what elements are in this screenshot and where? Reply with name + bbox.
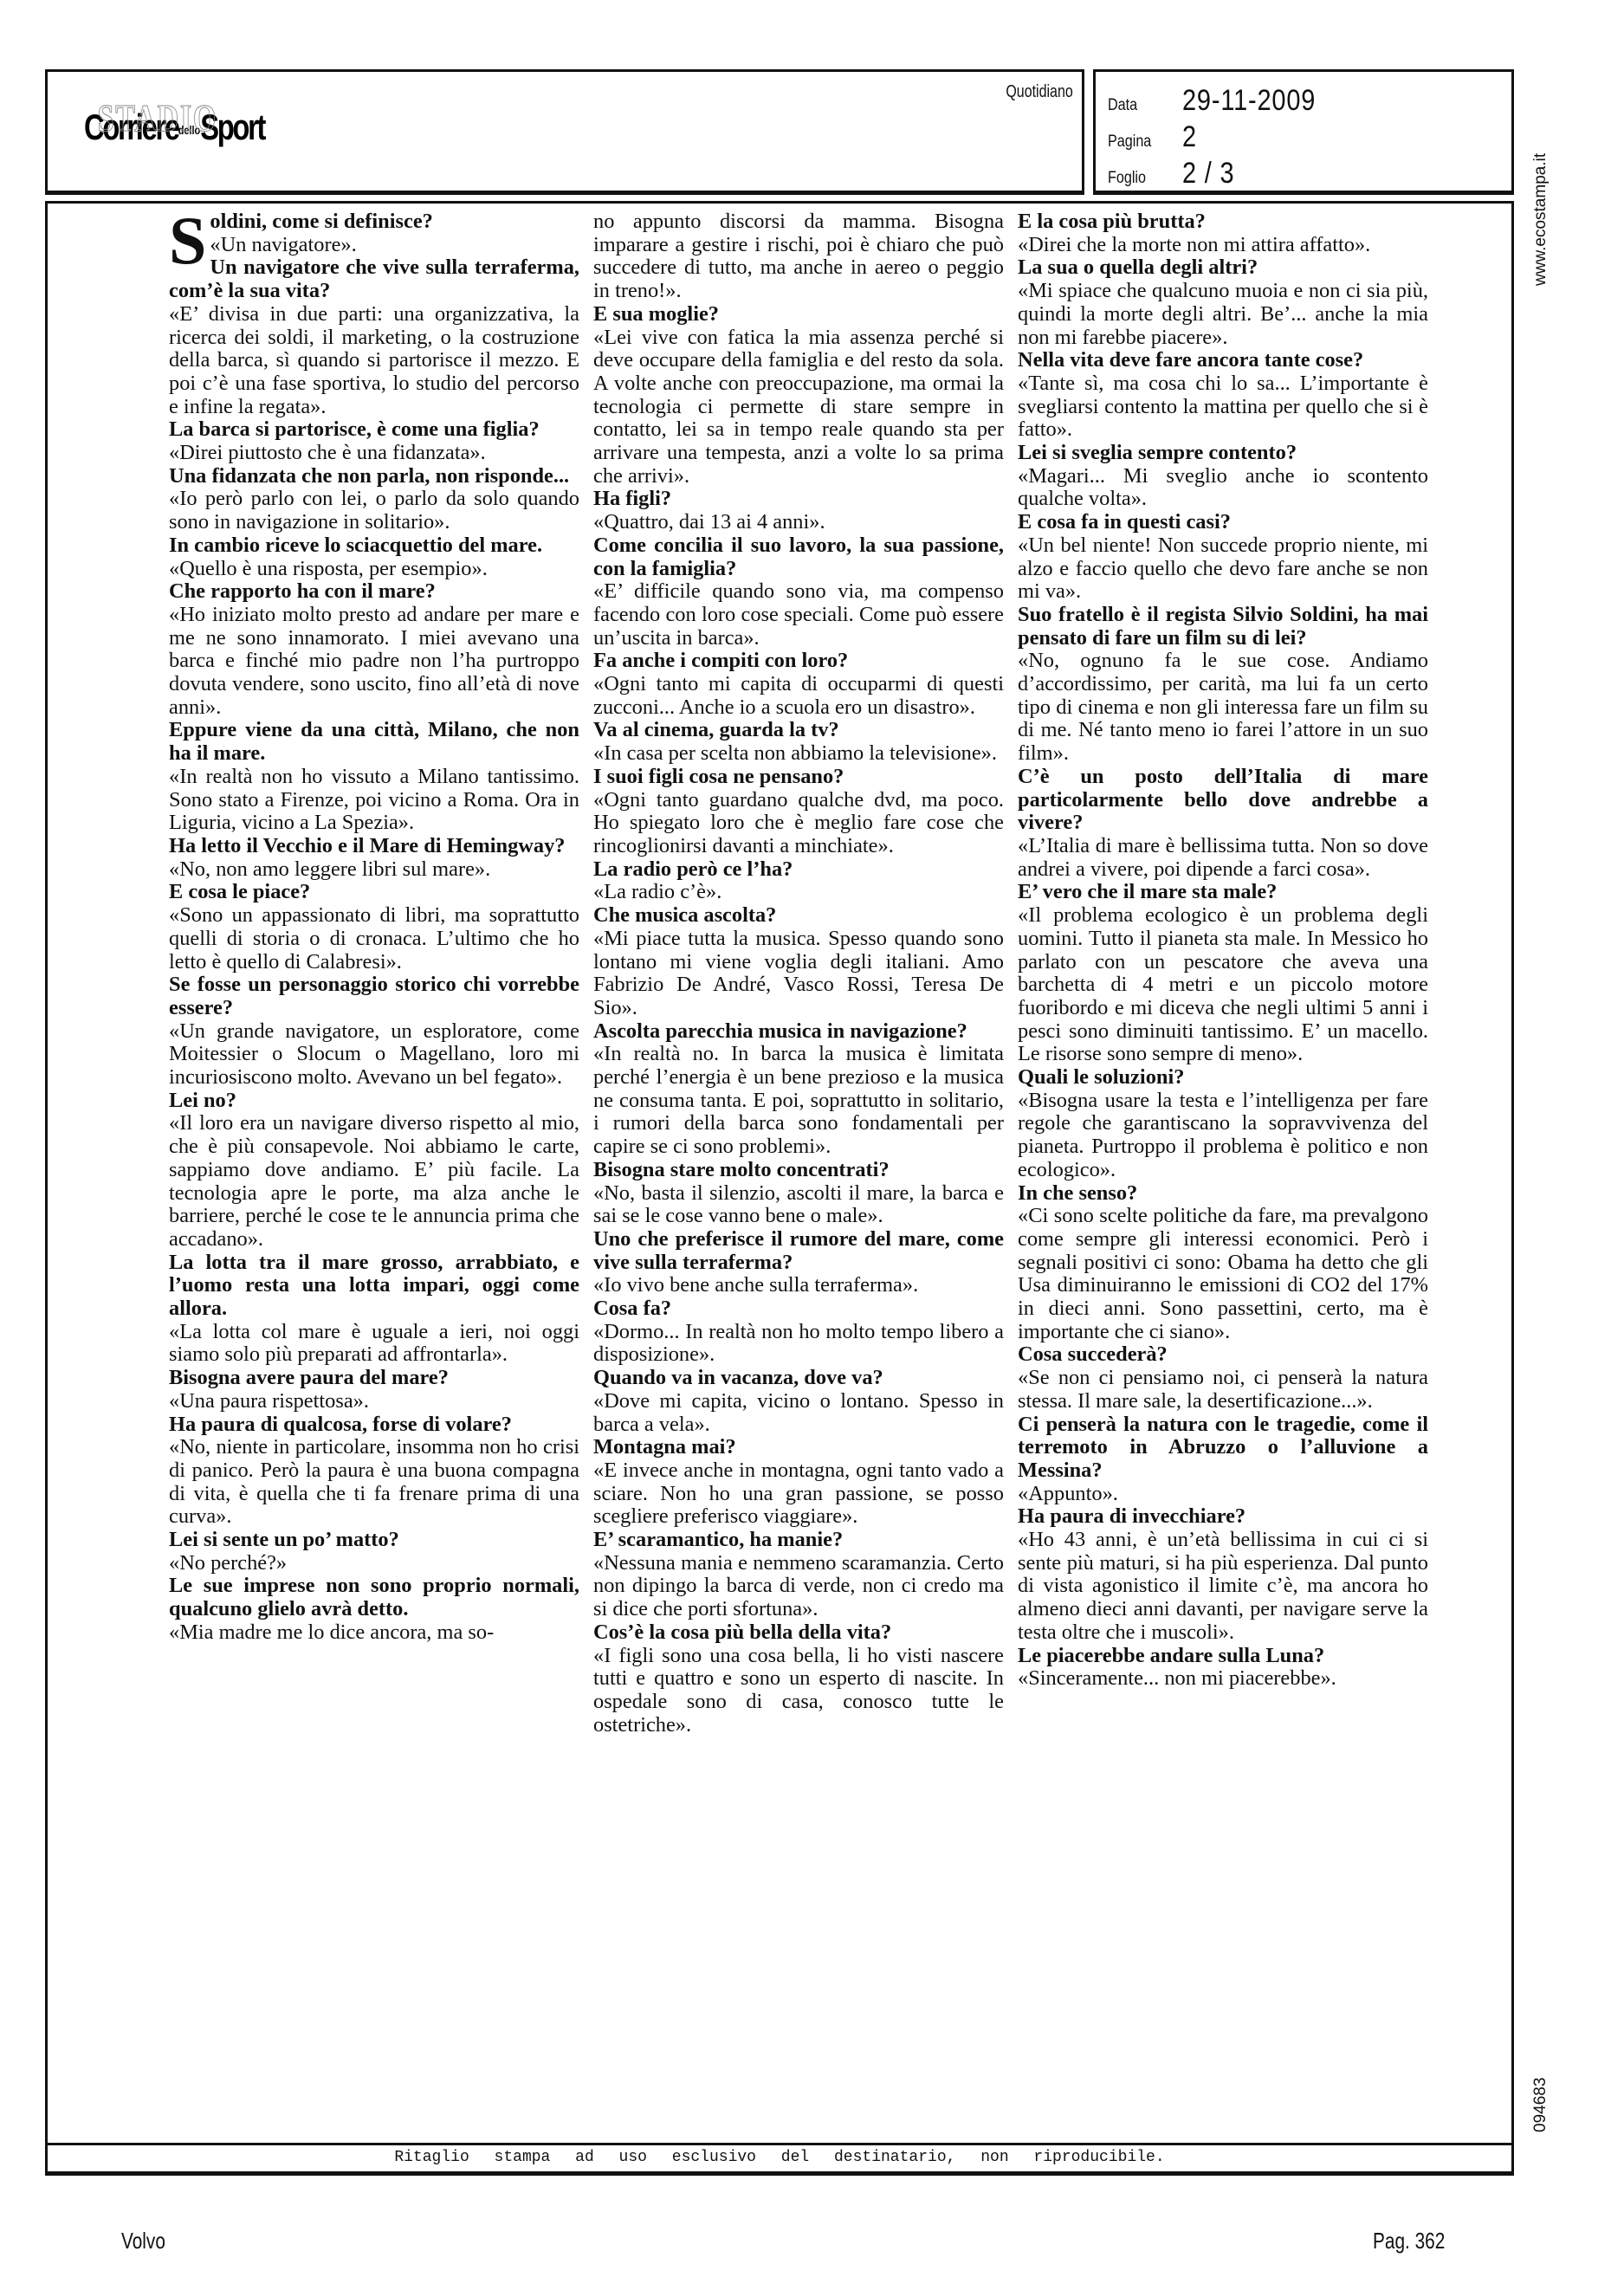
side-code: 094683 [1531, 2078, 1550, 2132]
interview-question: Montagna mai? [593, 1436, 1004, 1459]
interview-question: Quali le soluzioni? [1018, 1066, 1428, 1090]
interview-question: Eppure viene da una città, Milano, che n… [169, 719, 579, 765]
interview-answer: «Direi che la morte non mi attira affatt… [1018, 234, 1428, 257]
sheet-row: Foglio 2 / 3 [1108, 157, 1244, 191]
interview-answer: «La lotta col mare è uguale a ieri, noi … [169, 1321, 579, 1367]
interview-answer: «In realtà no. In barca la musica è limi… [593, 1043, 1004, 1159]
interview-question: Suo fratello è il regista Silvio Soldini… [1018, 604, 1428, 650]
interview-answer: «Un bel niente! Non succede proprio nien… [1018, 534, 1428, 604]
interview-answer: «Ho 43 anni, è un’età bellissima in cui … [1018, 1529, 1428, 1645]
interview-question: Ha paura di qualcosa, forse di volare? [169, 1413, 579, 1437]
interview-question: Ci penserà la natura con le tragedie, co… [1018, 1413, 1428, 1483]
sheet-value: 2 / 3 [1182, 157, 1234, 191]
interview-answer: «Magari... Mi sveglio anche io scontento… [1018, 465, 1428, 511]
publication-type: Quotidiano [1006, 82, 1073, 102]
interview-answer: «Una paura rispettosa». [169, 1390, 579, 1413]
interview-question: Le piacerebbe andare sulla Luna? [1018, 1645, 1428, 1668]
interview-question: Nella vita deve fare ancora tante cose? [1018, 349, 1428, 372]
interview-answer: «Io vivo bene anche sulla terraferma». [593, 1274, 1004, 1297]
interview-answer: «Il problema ecologico è un problema deg… [1018, 904, 1428, 1066]
interview-question: Un navigatore che vive sulla terraferma,… [169, 256, 579, 302]
interview-answer: «E’ difficile quando sono via, ma compen… [593, 580, 1004, 650]
interview-question: Come concilia il suo lavoro, la sua pass… [593, 534, 1004, 580]
interview-question: E la cosa più brutta? [1018, 210, 1428, 234]
interview-question: Quando va in vacanza, dove va? [593, 1367, 1004, 1390]
article-clipping: S oldini, come si definisce?«Un navigato… [45, 201, 1514, 2176]
interview-answer: «Sinceramente... non mi piacerebbe». [1018, 1667, 1428, 1691]
interview-answer: «I figli sono una cosa bella, li ho vist… [593, 1645, 1004, 1737]
side-url: www.ecostampa.it [1531, 153, 1550, 286]
sheet-label: Foglio [1108, 169, 1171, 188]
interview-question: In cambio riceve lo sciacquettio del mar… [169, 534, 579, 558]
interview-question: La lotta tra il mare grosso, arrabbiato,… [169, 1252, 579, 1321]
interview-question: Lei si sveglia sempre contento? [1018, 442, 1428, 465]
interview-answer: «Un navigatore». [169, 234, 579, 257]
interview-question: Ha paura di invecchiare? [1018, 1505, 1428, 1529]
interview-answer: «No perché?» [169, 1552, 579, 1575]
interview-answer: «Io però parlo con lei, o parlo da solo … [169, 488, 579, 534]
interview-question: La barca si partorisce, è come una figli… [169, 418, 579, 442]
interview-answer: «No, niente in particolare, insomma non … [169, 1436, 579, 1529]
interview-question: Che rapporto ha con il mare? [169, 580, 579, 604]
copyright-notice: Ritaglio stampa ad uso esclusivo del des… [48, 2143, 1511, 2171]
footer-page-number: Pag. 362 [1373, 2228, 1445, 2254]
date-label: Data [1108, 96, 1171, 115]
interview-question: E cosa le piace? [169, 881, 579, 904]
publication-header: STADIO CorrieredelloSport Quotidiano [45, 69, 1084, 195]
interview-answer: «E invece anche in montagna, ogni tanto … [593, 1459, 1004, 1529]
interview-answer: «Dove mi capita, vicino o lontano. Spess… [593, 1390, 1004, 1436]
interview-answer: «Mi spiace che qualcuno muoia e non ci s… [1018, 280, 1428, 349]
page-row: Pagina 2 [1108, 120, 1200, 154]
interview-question: Cos’è la cosa più bella della vita? [593, 1621, 1004, 1645]
interview-answer: «In realtà non ho vissuto a Milano tanti… [169, 766, 579, 835]
interview-answer: «Sono un appassionato di libri, ma sopra… [169, 904, 579, 974]
interview-question: Le sue imprese non sono proprio normali,… [169, 1575, 579, 1620]
interview-question: Che musica ascolta? [593, 904, 1004, 928]
interview-answer: «Quattro, dai 13 ai 4 anni». [593, 511, 1004, 534]
interview-question: Lei no? [169, 1090, 579, 1113]
interview-answer: «Ogni tanto mi capita di occuparmi di qu… [593, 673, 1004, 719]
interview-answer: «In casa per scelta non abbiamo la telev… [593, 742, 1004, 766]
interview-answer: «Direi piuttosto che è una fidanzata». [169, 442, 579, 465]
interview-answer: «Ci sono scelte politiche da fare, ma pr… [1018, 1205, 1428, 1343]
page-value: 2 [1182, 120, 1197, 154]
interview-question: I suoi figli cosa ne pensano? [593, 766, 1004, 789]
interview-answer: «La radio c’è». [593, 881, 1004, 904]
interview-question: Una fidanzata che non parla, non rispond… [169, 465, 579, 488]
interview-answer: «Se non ci pensiamo noi, ci penserà la n… [1018, 1367, 1428, 1413]
date-row: Data 29-11-2009 [1108, 84, 1339, 118]
interview-answer: «Dormo... In realtà non ho molto tempo l… [593, 1321, 1004, 1367]
interview-question: Lei si sente un po’ matto? [169, 1529, 579, 1552]
dropcap: S [169, 216, 206, 266]
article-column-3: E la cosa più brutta?«Direi che la morte… [1018, 210, 1428, 1737]
interview-answer: «No, basta il silenzio, ascolti il mare,… [593, 1182, 1004, 1228]
interview-question: La radio però ce l’ha? [593, 858, 1004, 882]
interview-answer: «Il loro era un navigare diverso rispett… [169, 1112, 579, 1251]
article-column-1: S oldini, come si definisce?«Un navigato… [169, 210, 579, 1737]
interview-question: E’ vero che il mare sta male? [1018, 881, 1428, 904]
metadata-box: Data 29-11-2009 Pagina 2 Foglio 2 / 3 [1093, 69, 1514, 195]
interview-question: Cosa succederà? [1018, 1343, 1428, 1367]
interview-answer: «Ho iniziato molto presto ad andare per … [169, 604, 579, 720]
interview-answer: «Lei vive con fatica la mia assenza perc… [593, 327, 1004, 488]
interview-question: E cosa fa in questi casi? [1018, 511, 1428, 534]
interview-answer: «No, ognuno fa le sue cose. Andiamo d’ac… [1018, 650, 1428, 766]
interview-question: C’è un posto dell’Italia di mare partico… [1018, 766, 1428, 835]
interview-question: In che senso? [1018, 1182, 1428, 1206]
interview-answer: «Quello è una risposta, per esempio». [169, 558, 579, 581]
interview-answer: «Nessuna mania e nemmeno scaramanzia. Ce… [593, 1552, 1004, 1621]
interview-question: Se fosse un personaggio storico chi vorr… [169, 974, 579, 1019]
date-value: 29-11-2009 [1182, 84, 1316, 118]
publication-logo: STADIO CorrieredelloSport [84, 107, 264, 148]
interview-question: oldini, come si definisce? [169, 210, 579, 234]
interview-question: E’ scaramantico, ha manie? [593, 1529, 1004, 1552]
interview-answer: «E’ divisa in due parti: una organizzati… [169, 303, 579, 419]
logo-ghost-overlay: STADIO [98, 96, 217, 140]
interview-answer: «L’Italia di mare è bellissima tutta. No… [1018, 835, 1428, 881]
article-columns: S oldini, come si definisce?«Un navigato… [169, 210, 1429, 1737]
interview-question: Ascolta parecchia musica in navigazione? [593, 1020, 1004, 1044]
interview-question: Bisogna stare molto concentrati? [593, 1159, 1004, 1182]
interview-question: E sua moglie? [593, 303, 1004, 327]
interview-question: Cosa fa? [593, 1297, 1004, 1321]
interview-answer: «Appunto». [1018, 1483, 1428, 1506]
interview-answer: «No, non amo leggere libri sul mare». [169, 858, 579, 882]
interview-answer: «Mia madre me lo dice ancora, ma so- [169, 1621, 579, 1645]
interview-question: Uno che preferisce il rumore del mare, c… [593, 1228, 1004, 1274]
interview-question: Va al cinema, guarda la tv? [593, 719, 1004, 742]
interview-question: Ha letto il Vecchio e il Mare di Hemingw… [169, 835, 579, 858]
article-column-2: no appunto discorsi da mamma. Bisogna im… [593, 210, 1004, 1737]
interview-question: La sua o quella degli altri? [1018, 256, 1428, 280]
interview-question: Fa anche i compiti con loro? [593, 650, 1004, 673]
interview-question: Ha figli? [593, 488, 1004, 511]
interview-answer: «Un grande navigatore, un esploratore, c… [169, 1020, 579, 1090]
interview-answer: no appunto discorsi da mamma. Bisogna im… [593, 210, 1004, 303]
interview-answer: «Mi piace tutta la musica. Spesso quando… [593, 928, 1004, 1020]
interview-answer: «Tante sì, ma cosa chi lo sa... L’import… [1018, 372, 1428, 442]
interview-answer: «Bisogna usare la testa e l’intelligenza… [1018, 1090, 1428, 1182]
interview-answer: «Ogni tanto guardano qualche dvd, ma poc… [593, 789, 1004, 858]
interview-question: Bisogna avere paura del mare? [169, 1367, 579, 1390]
page-label: Pagina [1108, 133, 1171, 152]
footer-client: Volvo [121, 2228, 165, 2254]
